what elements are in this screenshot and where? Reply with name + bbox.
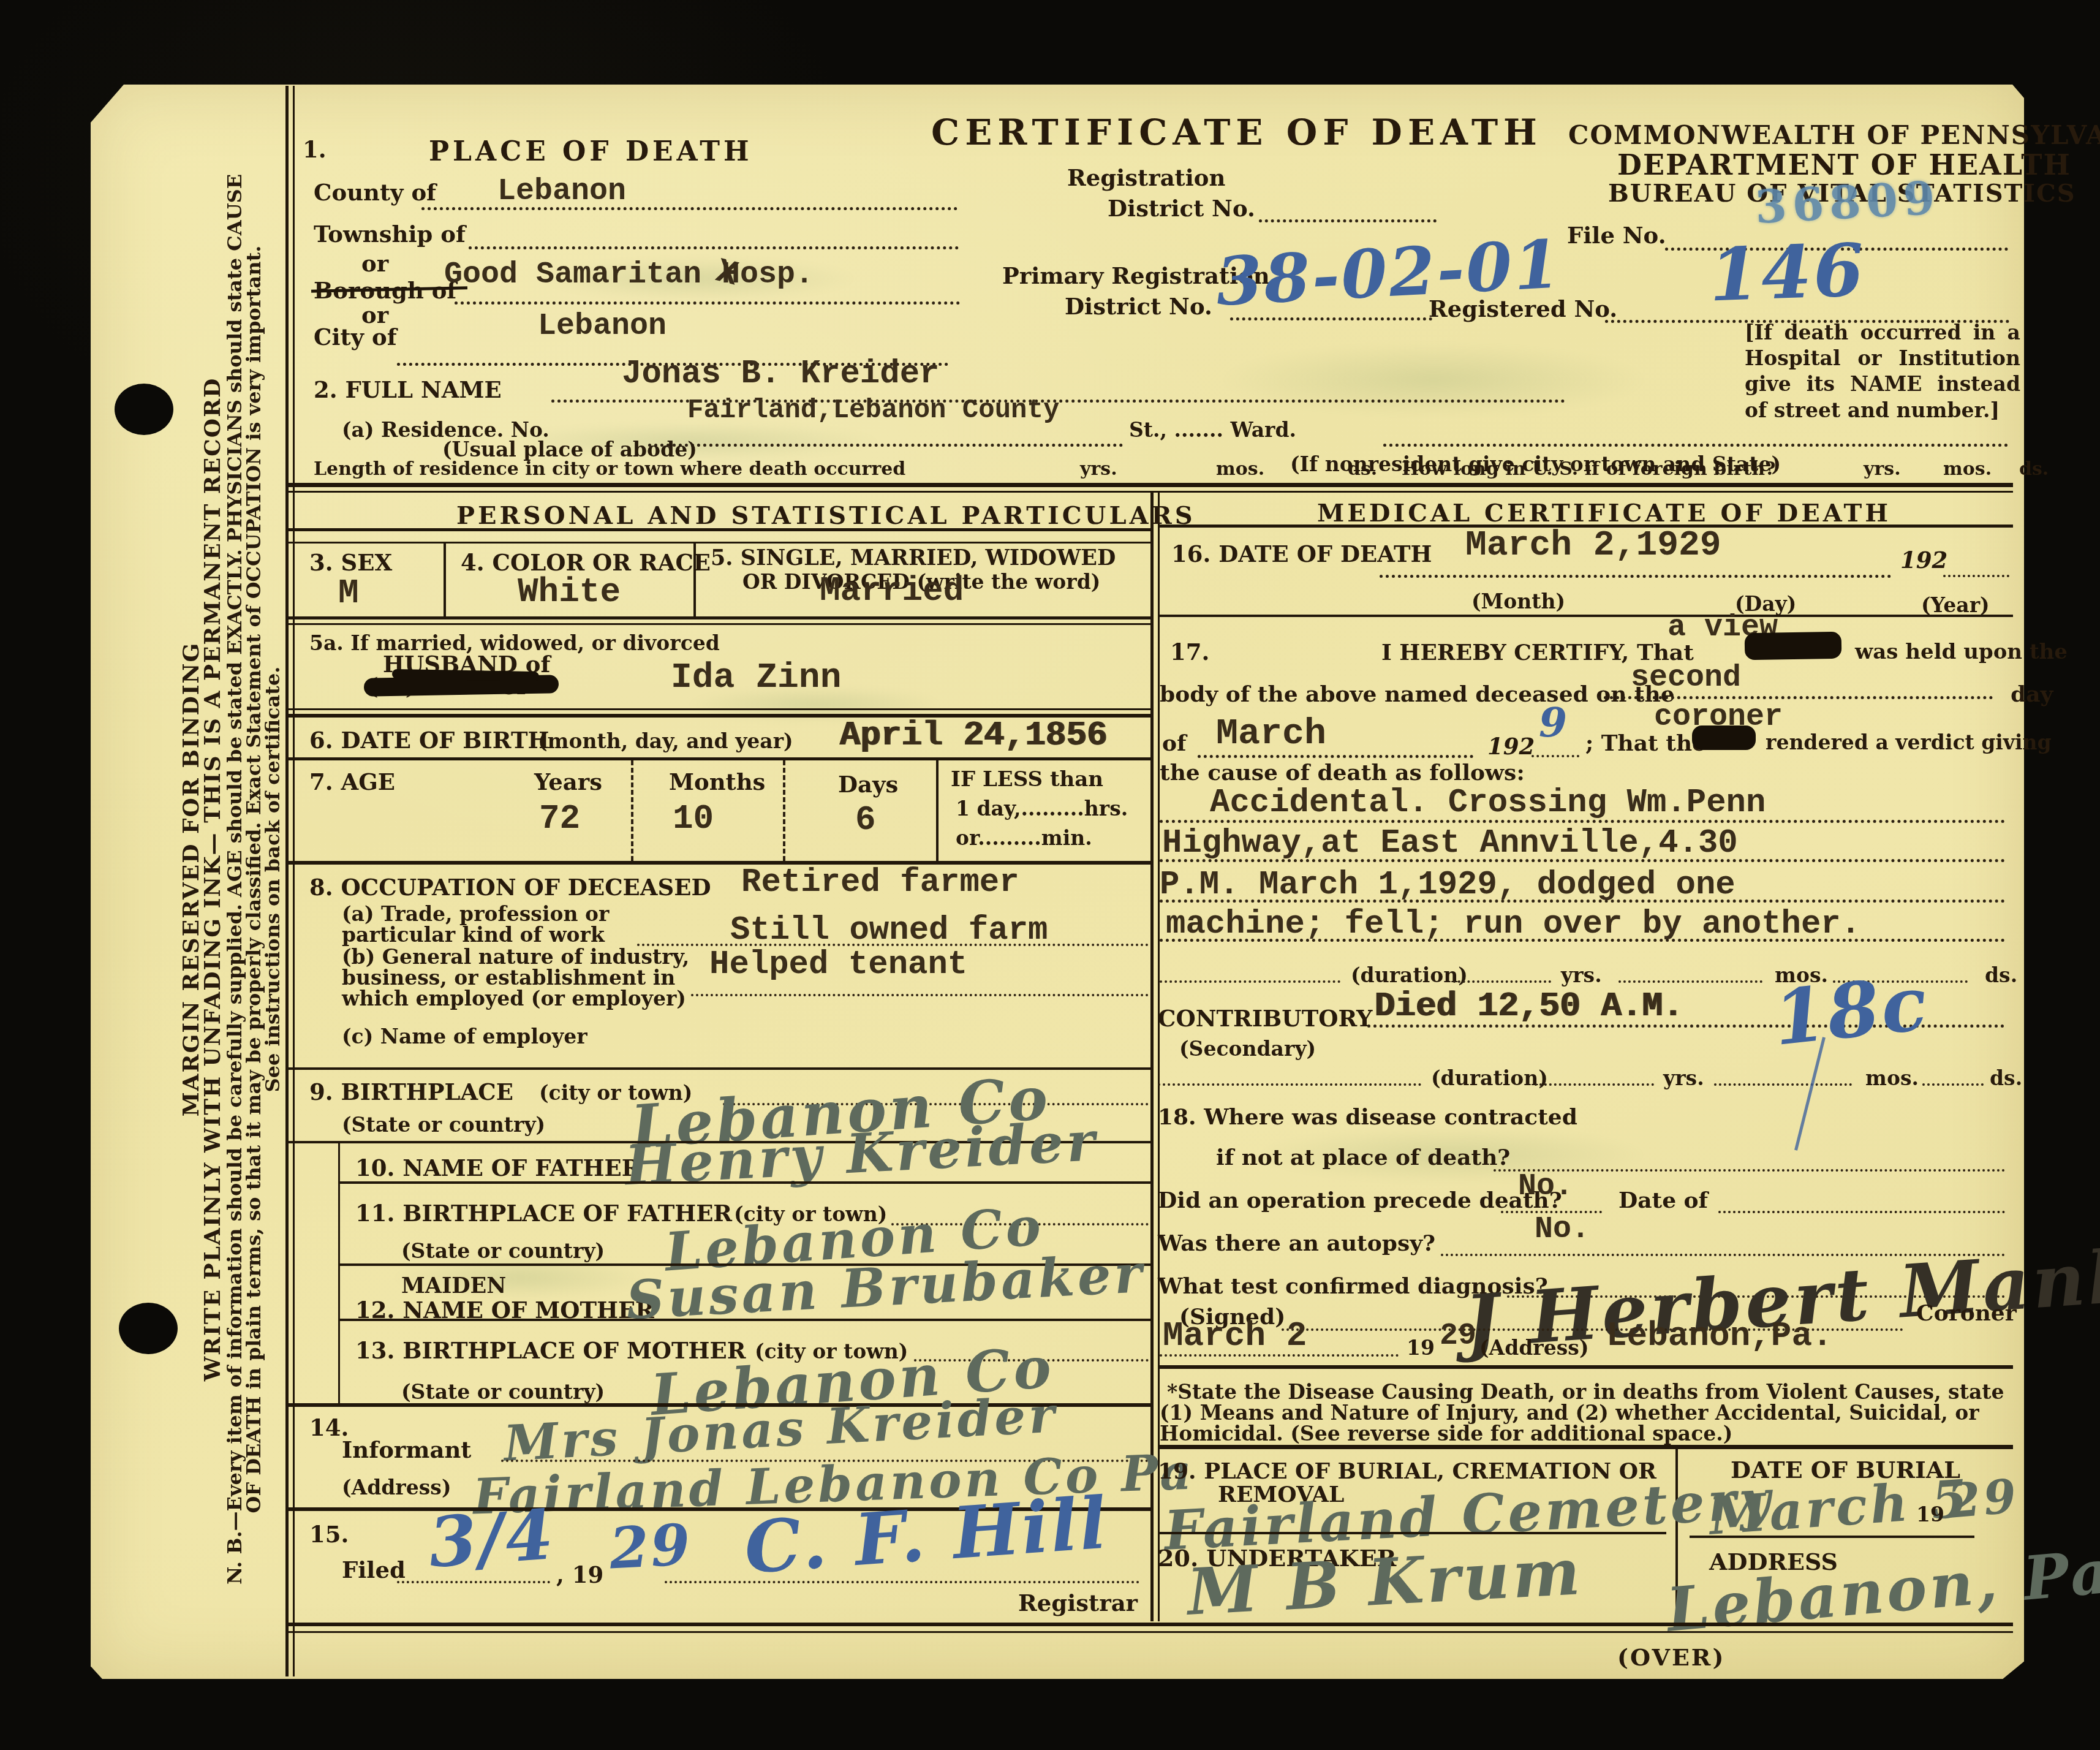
bottom-rule-heavy: [285, 1623, 2013, 1626]
ward-dots: [1383, 444, 2008, 447]
cause-line-1: Accidental. Crossing Wm.Penn: [1210, 787, 1766, 820]
filed-dots: [397, 1581, 550, 1583]
blue-margin-note: 18c: [1770, 965, 1932, 1056]
township-dots: [469, 246, 959, 249]
dod-year-dots: [1943, 575, 2009, 577]
operation-answer: No.: [1518, 1172, 1573, 1202]
duration2-dots-b: [1535, 1083, 1654, 1086]
sex-value: M: [338, 576, 359, 610]
occupation-a-value: Retired farmer: [741, 866, 1019, 900]
day-dots: [1598, 696, 1993, 699]
printed-192-dod: 192: [1900, 547, 1947, 574]
item-1-number: 1.: [303, 136, 327, 163]
of-month-dots: [1198, 755, 1473, 758]
autopsy-answer: No.: [1535, 1214, 1590, 1245]
occupation-label: 8. OCCUPATION OF DECEASED: [309, 874, 711, 901]
dob-value: April 24,1856: [839, 718, 1107, 752]
that-the-label: ; That the: [1585, 730, 1706, 756]
bleedthrough-stain: [1219, 343, 1648, 417]
commonwealth-line: COMMONWEALTH OF PENNSYLVANIA: [1568, 120, 2100, 150]
coroner-title-label: Coroner: [1916, 1300, 2017, 1326]
duration1-yrs: yrs.: [1561, 963, 1602, 987]
days-label: Days: [838, 771, 898, 798]
or-1: or: [361, 250, 388, 277]
autopsy-question: Was there an autopsy?: [1158, 1230, 1435, 1256]
duration2-label: (duration): [1431, 1066, 1548, 1090]
occupation-a-label-2: particular kind of work: [342, 923, 605, 947]
one-day-label: 1 day,.........hrs.: [956, 797, 1128, 820]
bottom-rule-thin: [285, 1631, 2013, 1633]
duration2-dots-c: [1714, 1083, 1852, 1086]
redacted-word-2: [1692, 725, 1756, 750]
printed-192-17: 192: [1487, 733, 1535, 760]
birthplace-state-label: (State or country): [342, 1113, 545, 1137]
rule: [285, 542, 1152, 544]
punch-hole-top: [115, 384, 173, 435]
rule: [285, 708, 1152, 710]
primary-registration-label-2: District No.: [1065, 293, 1212, 320]
certificate-title: CERTIFICATE OF DEATH: [931, 112, 1543, 153]
footnote-line-3: Homicidal. (See reverse side for additio…: [1160, 1422, 1732, 1445]
cause-dots-4: [1160, 939, 2005, 942]
birthplace-label: 9. BIRTHPLACE: [309, 1078, 513, 1105]
cause-line-4: machine; fell; run over by another.: [1166, 908, 1860, 941]
informant-address-label: (Address): [342, 1475, 451, 1499]
rule: [1690, 1536, 1974, 1538]
mother-birthplace-state-label: (State or country): [401, 1380, 605, 1404]
printed-19-burial: 19: [1916, 1502, 1944, 1526]
cause-dots-3: [1160, 900, 2005, 903]
hospital-instruction-note: [If death occurred in a Hospital or Inst…: [1745, 320, 2020, 423]
occupation-b-dots: [691, 994, 1149, 996]
informant-label: Informant: [342, 1436, 471, 1463]
year-dots-17: [1532, 755, 1579, 757]
header-separator-thin: [285, 491, 2013, 493]
sex-label: 3. SEX: [309, 549, 392, 576]
duration1-dots-b: [1453, 980, 1551, 983]
contributory-label: CONTRIBUTORY: [1158, 1005, 1372, 1032]
marital-value: Married: [820, 574, 964, 608]
occupation-b-value-2: Helped tenant: [709, 949, 967, 982]
filed-label: Filed: [342, 1556, 406, 1583]
age-cell-divider: [936, 760, 939, 861]
cause-line-3: P.M. March 1,1929, dodged one: [1160, 869, 1736, 902]
printed-19-signed: 19: [1407, 1336, 1435, 1360]
residence-value: Fairland,Lebanon County: [687, 397, 1059, 424]
father-name-label: 10. NAME OF FATHER: [355, 1154, 640, 1181]
duration1-label: (duration): [1351, 963, 1468, 987]
registration-label: Registration: [1067, 164, 1225, 191]
filed-number: 15.: [309, 1521, 349, 1548]
registrar-dots: [665, 1581, 1139, 1583]
yrs-2: yrs.: [1864, 458, 1901, 480]
margin-rule-outer: [285, 86, 289, 1676]
rule: [1160, 615, 2013, 617]
date-of-death-dots: [1380, 575, 1891, 578]
or-min-label: or.........min.: [956, 826, 1092, 850]
date-of-label: Date of: [1618, 1187, 1708, 1213]
day-word: day: [2011, 681, 2053, 707]
duration2-yrs: yrs.: [1663, 1066, 1704, 1090]
signed-year-typed: 29: [1440, 1321, 1476, 1352]
personal-section-title: PERSONAL AND STATISTICAL PARTICULARS: [456, 501, 1196, 530]
fullname-value: Jonas B. Kreider: [622, 358, 939, 391]
duration1-ds: ds.: [1985, 963, 2017, 987]
year-paren: (Year): [1921, 593, 1990, 617]
duration2-dots-a: [1158, 1083, 1421, 1086]
item-17-number: 17.: [1170, 638, 1209, 665]
dob-label: 6. DATE OF BIRTH: [309, 727, 549, 754]
father-birthplace-state-label: (State or country): [401, 1239, 605, 1263]
cell-divider: [693, 544, 696, 618]
scan-background: MARGIN RESERVED FOR BINDING WRITE PLAINL…: [0, 0, 2100, 1750]
yrs-1: yrs.: [1080, 458, 1117, 480]
punch-hole-bottom: [119, 1303, 178, 1354]
months-label: Months: [669, 768, 765, 795]
cause-intro-label: the cause of death as follows:: [1160, 760, 1525, 786]
age-cell-dash: [631, 760, 633, 861]
cause-dots-2: [1160, 859, 2005, 862]
rendered-label: rendered a verdict giving: [1766, 730, 2052, 754]
rule: [1160, 1445, 2013, 1449]
march-typed: March: [1216, 716, 1326, 752]
certify-text-2: was held upon the: [1855, 640, 2068, 664]
city-label: City of: [314, 324, 397, 350]
township-label: Township of: [314, 221, 466, 248]
date-of-death-label: 16. DATE OF DEATH: [1171, 540, 1432, 567]
how-long-us-label: How long in U. S. if of foreign birth?: [1402, 458, 1776, 480]
fullname-label: 2. FULL NAME: [314, 376, 502, 403]
medical-section-title: MEDICAL CERTIFICATE OF DEATH: [1317, 499, 1891, 528]
cause-dots-1: [1160, 820, 2005, 823]
margin-note-text: See instructions on back of certificate.: [261, 667, 284, 1093]
signed-address-value: Lebanon,Pa.: [1606, 1319, 1833, 1353]
margin-rule-inner: [293, 86, 295, 1676]
years-label: Years: [534, 768, 602, 795]
rule: [285, 528, 1152, 531]
if-less-label: IF LESS than: [951, 767, 1103, 792]
over-label: (OVER): [1617, 1643, 1725, 1671]
registrar-label: Registrar: [1018, 1589, 1138, 1616]
rule: [285, 616, 1152, 619]
length-residence-label: Length of residence in city or town wher…: [314, 458, 905, 480]
rule: [285, 757, 1152, 760]
date-of-death-value: March 2,1929: [1465, 528, 1721, 564]
month-paren: (Month): [1471, 589, 1565, 613]
borough-dots: [455, 301, 960, 305]
city-value: Lebanon: [538, 311, 667, 342]
redacted-word: [1745, 632, 1842, 661]
residence-dots: [648, 444, 1123, 447]
cause-line-2: Highway,at East Annville,4.30: [1162, 827, 1738, 860]
county-label: County of: [314, 179, 436, 206]
filed-19-label: , 19: [556, 1561, 603, 1588]
dob-paren: (month, day, and year): [538, 729, 793, 753]
borough-value-part1: Good Samaritan: [444, 260, 701, 290]
secondary-label: (Secondary): [1179, 1037, 1316, 1061]
registration-district-label: District No.: [1108, 195, 1255, 222]
occupation-c-label: (c) Name of employer: [342, 1025, 587, 1048]
rule: [1160, 1365, 2013, 1369]
duration2-mos: mos.: [1865, 1066, 1919, 1090]
disease-contracted-label: 18. Where was disease contracted: [1158, 1104, 1577, 1130]
marital-label-1: 5. SINGLE, MARRIED, WIDOWED: [711, 545, 1116, 570]
county-value: Lebanon: [497, 176, 626, 207]
margin-note-instructions: See instructions on back of certificate.: [259, 113, 287, 1645]
file-number-stamp: 36809: [1754, 172, 1942, 234]
rule: [338, 1181, 1152, 1184]
occupation-b-value-1: Still owned farm: [730, 914, 1048, 947]
body-line-label: body of the above named deceased on the: [1160, 681, 1675, 707]
burial-year-value: 29: [1946, 1472, 2021, 1525]
age-label: 7. AGE: [309, 768, 395, 795]
ds-1: ds.: [1348, 458, 1377, 480]
place-of-death-heading: PLACE OF DEATH: [429, 136, 753, 167]
signed-date-dots: [1160, 1354, 1399, 1357]
ds-2: ds.: [2019, 458, 2049, 480]
maiden-label: MAIDEN: [401, 1273, 506, 1298]
signed-address-label: (Address): [1479, 1336, 1589, 1360]
rule: [338, 1319, 1152, 1321]
mos-1: mos.: [1216, 458, 1264, 480]
filed-date-value: 3/4: [426, 1501, 557, 1578]
signed-date-typed: March 2: [1163, 1319, 1307, 1353]
not-at-place-label: if not at place of death?: [1216, 1145, 1510, 1170]
header-separator-heavy: [285, 483, 2013, 487]
of-label: of: [1162, 730, 1187, 756]
age-cell-dash: [783, 760, 785, 861]
duration1-dots-a: [1160, 980, 1340, 983]
spouse-value: Ida Zinn: [671, 661, 841, 696]
second-typed: second: [1631, 663, 1741, 694]
street-ward-label: St., ....... Ward.: [1129, 418, 1296, 442]
duration2-ds: ds.: [1990, 1066, 2022, 1090]
cell-divider: [444, 544, 446, 618]
undertaker-value: M B Krum: [1186, 1540, 1585, 1624]
duration2-dots-d: [1922, 1083, 1984, 1086]
duration1-dots-c: [1618, 980, 1762, 983]
operation-date-dots: [1718, 1211, 2005, 1213]
registered-no-label: Registered No.: [1429, 295, 1617, 322]
handwritten-9: 9: [1539, 702, 1569, 743]
registration-district-dots: [1259, 219, 1437, 222]
occupation-b-label-3: which employed (or employer): [342, 987, 686, 1010]
mos-2: mos.: [1943, 458, 1992, 480]
file-no-label: File No.: [1567, 222, 1666, 249]
filed-year-value: 29: [608, 1517, 693, 1577]
rule: [285, 623, 1152, 625]
color-race-value: White: [518, 575, 621, 609]
rule: [1158, 1532, 1666, 1534]
registered-no-value: 146: [1708, 234, 1867, 312]
operation-question: Did an operation precede death?: [1158, 1187, 1562, 1213]
age-years-value: 72: [539, 801, 580, 836]
rule: [285, 861, 1152, 865]
contributory-value: Died 12,50 A.M.: [1374, 989, 1683, 1023]
age-days-value: 6: [855, 803, 876, 837]
age-months-value: 10: [673, 801, 714, 836]
